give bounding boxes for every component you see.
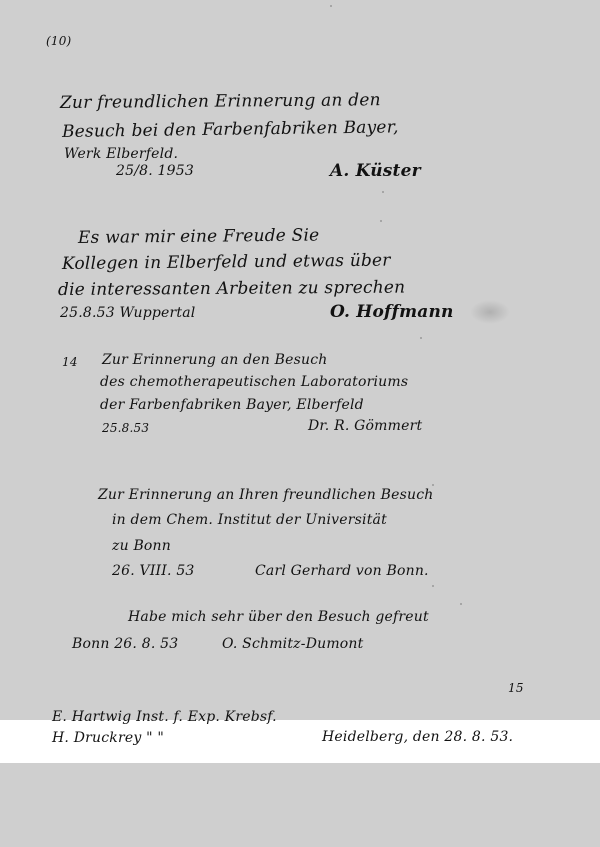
entry-signature: Dr. R. Gömmert	[308, 418, 422, 434]
page-number: 15	[508, 681, 524, 695]
scanned-guestbook-page: (10) Zur freundlichen Erinnerung an den …	[0, 0, 600, 847]
entry-line: Es war mir eine Freude Sie	[78, 225, 320, 248]
entry-signature: Carl Gerhard von Bonn.	[255, 563, 429, 579]
entry-line: die interessanten Arbeiten zu sprechen	[58, 278, 405, 300]
entry-date: 26. VIII. 53	[112, 563, 195, 579]
entry-signature: O. Schmitz-Dumont	[222, 636, 363, 652]
entry-line: Zur Erinnerung an Ihren freundlichen Bes…	[98, 487, 434, 503]
entry-line: Habe mich sehr über den Besuch gefreut	[128, 609, 429, 625]
entry-date: 25.8.53	[102, 421, 149, 435]
entry-line: zu Bonn	[112, 538, 171, 554]
scan-speck	[432, 484, 434, 486]
entry-signature: O. Hoffmann	[330, 302, 454, 322]
entry-date: Heidelberg, den 28. 8. 53.	[322, 729, 513, 745]
entry-line: Zur Erinnerung an den Besuch	[102, 352, 328, 368]
scan-speck	[382, 191, 384, 193]
entry-line: Besuch bei den Farbenfabriken Bayer,	[62, 117, 399, 142]
scan-speck	[380, 220, 382, 222]
ink-smudge	[470, 300, 510, 324]
entry-date: 25/8. 1953	[116, 163, 194, 179]
entry-line: H. Druckrey " "	[52, 730, 164, 746]
entry-line: in dem Chem. Institut der Universität	[112, 512, 387, 528]
scan-speck	[432, 585, 434, 587]
entry-line: Kollegen in Elberfeld und etwas über	[62, 251, 391, 274]
entry-line: Zur freundlichen Erinnerung an den	[60, 90, 381, 113]
entry-number: 14	[62, 355, 78, 369]
entry-line: der Farbenfabriken Bayer, Elberfeld	[100, 397, 364, 413]
entry-line: Werk Elberfeld.	[64, 146, 178, 162]
entry-signature: A. Küster	[330, 161, 421, 181]
scan-speck	[460, 603, 462, 605]
scan-speck	[420, 337, 422, 339]
entry-date: 25.8.53 Wuppertal	[60, 305, 195, 321]
entry-date: Bonn 26. 8. 53	[72, 636, 178, 652]
entry-line: des chemotherapeutischen Laboratoriums	[100, 374, 408, 390]
page-marker: (10)	[46, 34, 71, 48]
scan-speck	[330, 5, 332, 7]
entry-line: E. Hartwig Inst. f. Exp. Krebsf.	[52, 709, 277, 725]
